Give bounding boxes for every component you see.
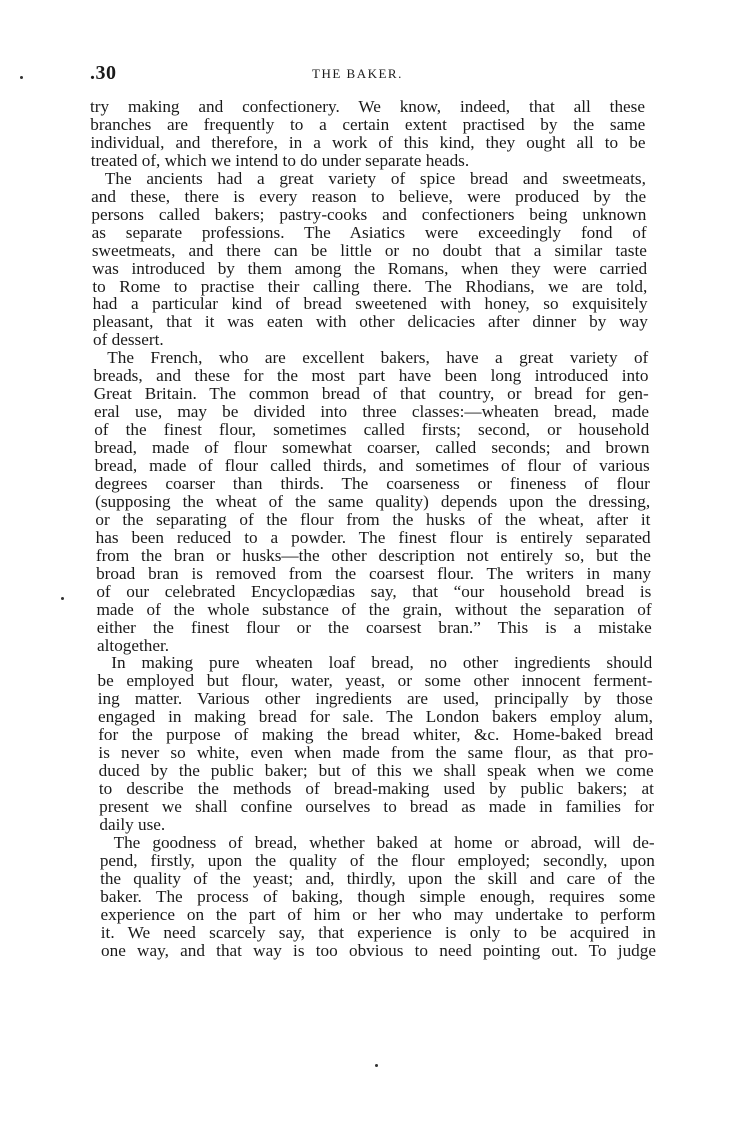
text-line: is never so white, even when made from t… (98, 744, 653, 762)
margin-speck (61, 597, 64, 600)
text-line: The ancients had a great variety of spic… (105, 170, 646, 188)
text-line: from the bran or husks—the other descrip… (96, 547, 651, 565)
text-line: duced by the public baker; but of this w… (99, 762, 654, 780)
text-line: for the purpose of making the bread whit… (98, 726, 653, 744)
text-line: either the finest flour or the coarsest … (97, 619, 652, 637)
text-line: eral use, may be divided into three clas… (94, 403, 649, 421)
text-line: of our celebrated Encyclopædias say, tha… (96, 583, 651, 601)
text-line: breads, and these for the most part have… (94, 367, 649, 385)
text-line: sweetmeats, and there can be little or n… (92, 242, 647, 260)
text-line: altogether. (97, 637, 652, 655)
book-page: .30 THE BAKER. try making and confection… (0, 0, 750, 1138)
text-line: and these, there is every reason to beli… (91, 188, 646, 206)
text-line: to Rome to practise their calling there.… (92, 278, 647, 296)
text-line: The goodness of bread, whether baked at … (114, 834, 655, 852)
text-line: broad bran is removed from the coarsest … (96, 565, 651, 583)
text-line: had a particular kind of bread sweetened… (93, 295, 648, 313)
text-line: bread, made of flour somewhat coarser, c… (94, 439, 649, 457)
text-line: In making pure wheaten loaf bread, no ot… (111, 654, 652, 672)
text-line: present we shall confine ourselves to br… (99, 798, 654, 816)
text-line: made of the whole substance of the grain… (97, 601, 652, 619)
text-line: be employed but flour, water, yeast, or … (97, 672, 652, 690)
text-line: The French, who are excellent bakers, ha… (107, 349, 648, 367)
text-line: was introduced by them among the Romans,… (92, 260, 647, 278)
text-line: Great Britain. The common bread of that … (94, 385, 649, 403)
text-line: (supposing the wheat of the same quality… (95, 493, 650, 511)
page-header: .30 THE BAKER. (90, 62, 648, 84)
text-line: to describe the methods of bread-making … (99, 780, 654, 798)
text-line: one way, and that way is too obvious to … (101, 942, 656, 960)
text-line: individual, and therefore, in a work of … (90, 134, 645, 152)
margin-speck (20, 76, 23, 79)
text-line: bread, made of flour called thirds, and … (95, 457, 650, 475)
text-line: pend, firstly, upon the quality of the f… (100, 852, 655, 870)
text-line: engaged in making bread for sale. The Lo… (98, 708, 653, 726)
text-line: the quality of the yeast; and, thirdly, … (100, 870, 655, 888)
text-line: daily use. (99, 816, 654, 834)
text-line: try making and confectionery. We know, i… (90, 98, 645, 116)
text-line: has been reduced to a powder. The finest… (96, 529, 651, 547)
text-line: or the separating of the flour from the … (95, 511, 650, 529)
text-line: of dessert. (93, 331, 648, 349)
text-line: branches are frequently to a certain ext… (90, 116, 645, 134)
text-line: experience on the part of him or her who… (101, 906, 656, 924)
text-line: persons called bakers; pastry-cooks and … (91, 206, 646, 224)
text-line: it. We need scarcely say, that experienc… (101, 924, 656, 942)
text-line: ing matter. Various other ingredients ar… (98, 690, 653, 708)
text-line: treated of, which we intend to do under … (91, 152, 646, 170)
text-line: of the finest flour, sometimes called fi… (94, 421, 649, 439)
running-head: THE BAKER. (312, 66, 403, 82)
page-number: .30 (90, 62, 117, 85)
text-line: degrees coarser than thirds. The coarsen… (95, 475, 650, 493)
text-line: baker. The process of baking, though sim… (100, 888, 655, 906)
text-line: pleasant, that it was eaten with other d… (93, 313, 648, 331)
margin-speck (375, 1064, 378, 1067)
text-line: as separate professions. The Asiatics we… (92, 224, 647, 242)
